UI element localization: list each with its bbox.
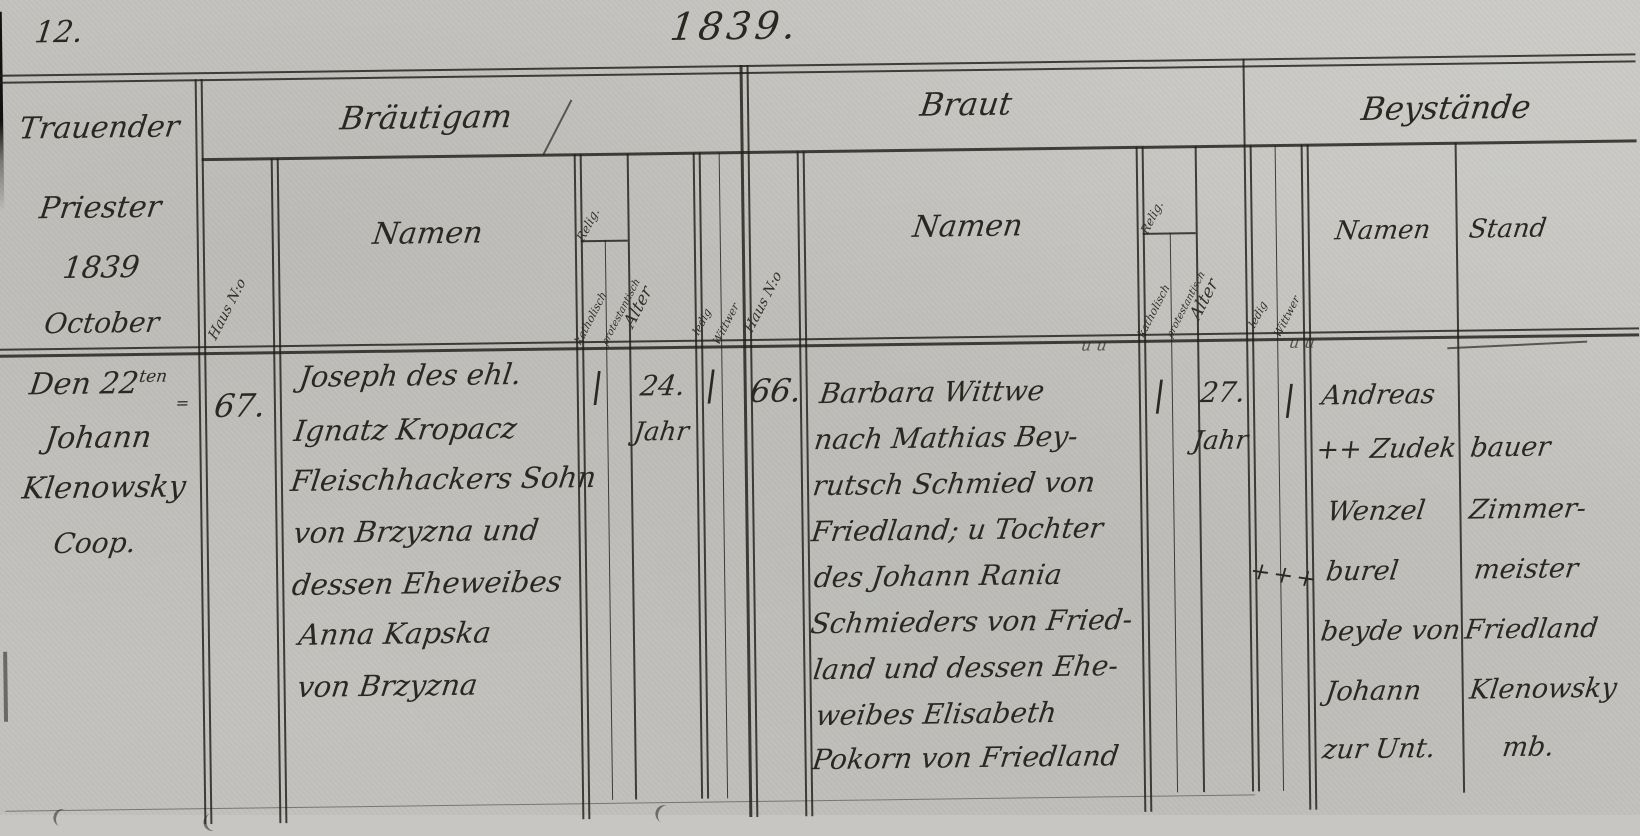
groom-name-line: von Brzyzna und: [291, 513, 540, 550]
bride-haus-no: 66.: [745, 371, 806, 410]
witness-stand-line: bauer: [1469, 431, 1553, 463]
groom-katholisch-tick: |: [589, 366, 606, 406]
page-number: 12.: [33, 15, 85, 51]
scan-edge-artifact: [0, 12, 4, 212]
witness-name-line: ++ Zudek: [1315, 433, 1459, 466]
bride-name-line: Barbara Wittwe: [818, 374, 1047, 410]
table-rule-row-separator: [5, 794, 1255, 811]
entry-date-main: Den 22: [27, 366, 140, 402]
bride-name-line: Pokorn von Friedland: [810, 739, 1120, 776]
witness-stand-line: mb.: [1501, 731, 1556, 763]
rule-bride-relig-end: [1195, 146, 1205, 792]
entry-date-suffix: ten: [138, 367, 168, 387]
bride-name-line: weibes Elisabeth: [814, 696, 1059, 732]
bride-age-unit: Jahr: [1191, 425, 1251, 456]
year-heading: 1839.: [612, 3, 858, 50]
left-header-line: Priester: [3, 189, 197, 227]
bride-katholisch-tick: |: [1151, 375, 1168, 415]
groom-name-line: Ignatz Kropacz: [292, 411, 519, 448]
groom-name-line: Anna Kapska: [297, 615, 493, 652]
entry-date: Den 22ten: [27, 366, 168, 403]
entry-date-continuation: =: [175, 393, 191, 412]
priest-name-line: Klenowsky: [7, 469, 201, 507]
bride-age-value: 27.: [1196, 375, 1250, 409]
column-header-stand-witness: Stand: [1431, 213, 1585, 245]
bride-name-line: des Johann Rania: [812, 558, 1064, 594]
scanned-register-page: 12. 1839. Bräutigam Braut Beystände Trau…: [0, 0, 1640, 815]
groom-name-line: Fleischhackers Sohn: [289, 460, 599, 498]
flourish-line-stand: [1447, 341, 1587, 350]
column-header-haus-no-bride: Haus N:o: [742, 268, 786, 336]
bride-name-line: nach Mathias Bey-: [812, 420, 1080, 457]
rule-groom-relig-end: [627, 154, 637, 800]
ditto-mark-witness: u u: [1288, 333, 1316, 352]
section-header-witnesses: Beystände: [1314, 87, 1579, 128]
rule-bride-ledig-end: [1275, 145, 1284, 791]
column-header-namen-groom: Namen: [295, 214, 559, 252]
groom-name-line: Joseph des ehl.: [297, 357, 523, 394]
left-header-line: Trauender: [2, 109, 196, 147]
bride-name-line: land und dessen Ehe-: [811, 649, 1120, 686]
section-header-groom: Bräutigam: [274, 96, 579, 138]
left-header-line: October: [5, 305, 199, 341]
groom-age-unit: Jahr: [624, 417, 698, 448]
next-row-partial-stroke: [653, 802, 677, 815]
groom-name-line: von Brzyzna: [295, 668, 479, 704]
witness-name-line: burel: [1324, 555, 1400, 587]
column-header-ledig-bride: ledig: [1246, 299, 1270, 331]
groom-name-line: dessen Eheweibes: [290, 564, 564, 602]
rule-section-bride-a: [740, 65, 753, 815]
column-header-haus-no-groom: Haus N:o: [206, 275, 250, 343]
rule-groom-ledig-end: [719, 152, 728, 798]
witness-stand-line: Klenowsky: [1468, 673, 1619, 706]
witness-name-line: zur Unt.: [1321, 733, 1438, 766]
groom-ledig-tick: |: [703, 364, 720, 404]
witness-name-line: Johann: [1324, 675, 1423, 707]
witness-name-line: Wenzel: [1325, 495, 1427, 527]
column-header-relig-groom: Relig.: [574, 205, 602, 244]
column-header-ledig-groom: ledig: [690, 306, 714, 338]
table-rule-section-bottom: [202, 139, 1637, 161]
priest-title: Coop.: [8, 525, 182, 560]
bride-wittwe-tick: |: [1281, 379, 1298, 419]
bride-name-line: Schmieders von Fried-: [809, 603, 1135, 640]
witness-name-line: beyde von: [1319, 615, 1462, 648]
section-header-bride: Braut: [854, 84, 1079, 125]
column-header-namen-bride: Namen: [825, 207, 1109, 246]
bride-name-line: Friedland; u Tochter: [810, 511, 1106, 548]
ditto-mark-bride: u u: [1080, 335, 1108, 354]
witness-stand-line: meister: [1472, 553, 1580, 585]
page-warp-wrapper: 12. 1839. Bräutigam Braut Beystände Trau…: [0, 0, 1640, 815]
left-header-line: 1839: [4, 249, 198, 287]
scan-edge-artifact-2: [3, 652, 8, 722]
groom-haus-no: 67.: [203, 386, 278, 425]
witness-name-line: Andreas: [1320, 379, 1437, 412]
witness-stand-line: Zimmer-: [1467, 493, 1588, 526]
bride-name-line: rutsch Schmied von: [811, 465, 1097, 502]
groom-age-value: 24.: [628, 369, 698, 403]
witness-stand-line: Friedland: [1463, 613, 1600, 646]
priest-name-line: Johann: [6, 419, 190, 456]
